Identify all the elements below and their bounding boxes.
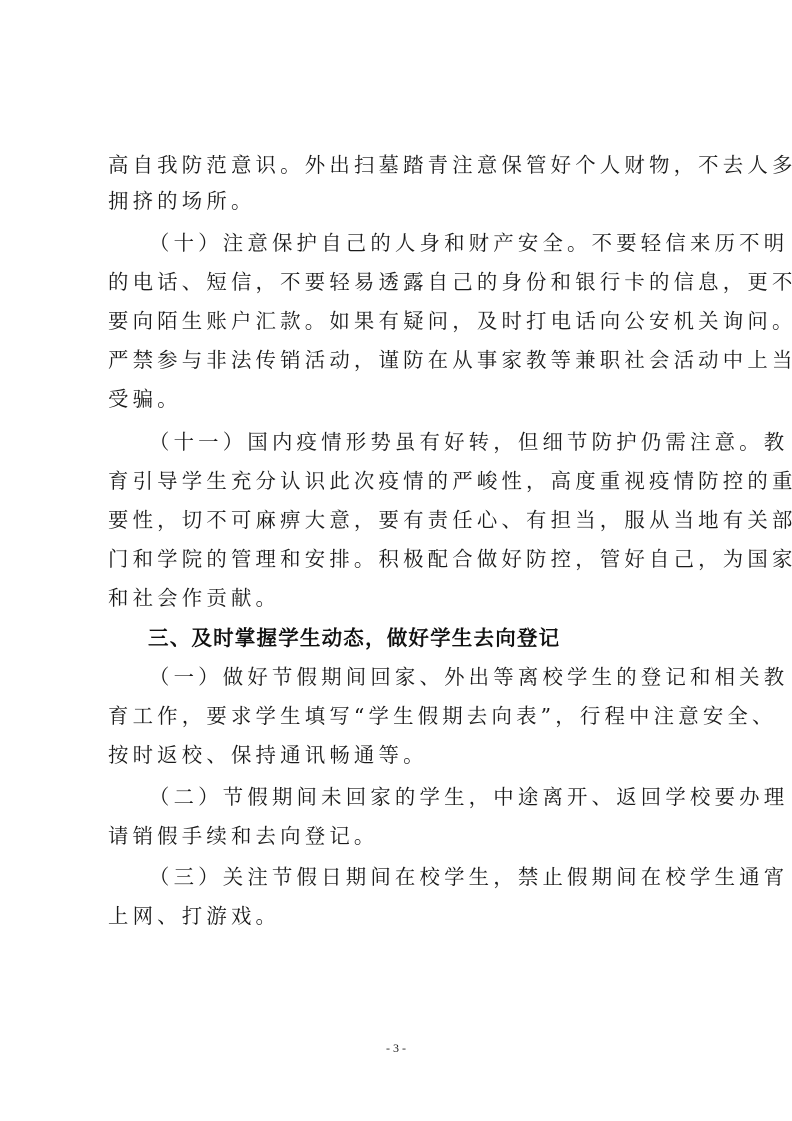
page-number: - 3 - (0, 1041, 792, 1056)
paragraph-line: 育工作，要求学生填写“学生假期去向表”，行程中注意安全、 (108, 698, 692, 734)
paragraph-line: 要性，切不可麻痹大意，要有责任心、有担当，服从当地有关部 (108, 502, 692, 538)
paragraph-line: 按时返校、保持通讯畅通等。 (108, 737, 692, 773)
paragraph-line: （十一）国内疫情形势虽有好转，但细节防护仍需注意。教 (149, 424, 692, 460)
paragraph-line: 严禁参与非法传销活动，谨防在从事家教等兼职社会活动中上当 (108, 342, 692, 378)
paragraph-line: （二）节假期间未回家的学生，中途离开、返回学校要办理 (149, 779, 692, 815)
paragraph-line: （十）注意保护自己的人身和财产安全。不要轻信来历不明 (149, 225, 692, 261)
paragraph-line: 受骗。 (108, 381, 692, 417)
section-heading: 三、及时掌握学生动态，做好学生去向登记 (148, 620, 560, 656)
paragraph-line: 育引导学生充分认识此次疫情的严峻性，高度重视疫情防控的重 (108, 463, 692, 499)
paragraph-line: 高自我防范意识。外出扫墓踏青注意保管好个人财物，不去人多 (108, 147, 692, 183)
paragraph-line: 上网、打游戏。 (108, 898, 692, 934)
paragraph-line: 要向陌生账户汇款。如果有疑问，及时打电话向公安机关询问。 (108, 303, 692, 339)
document-page: 高自我防范意识。外出扫墓踏青注意保管好个人财物，不去人多 拥挤的场所。 （十）注… (0, 0, 792, 1121)
paragraph-line: 的电话、短信，不要轻易透露自己的身份和银行卡的信息，更不 (108, 264, 692, 300)
paragraph-line: （一）做好节假期间回家、外出等离校学生的登记和相关教 (149, 659, 692, 695)
paragraph-line: （三）关注节假日期间在校学生，禁止假期间在校学生通宵 (149, 859, 692, 895)
paragraph-line: 拥挤的场所。 (108, 183, 692, 219)
paragraph-line: 请销假手续和去向登记。 (108, 818, 692, 854)
paragraph-line: 和社会作贡献。 (108, 580, 692, 616)
paragraph-line: 门和学院的管理和安排。积极配合做好防控，管好自己，为国家 (108, 541, 692, 577)
